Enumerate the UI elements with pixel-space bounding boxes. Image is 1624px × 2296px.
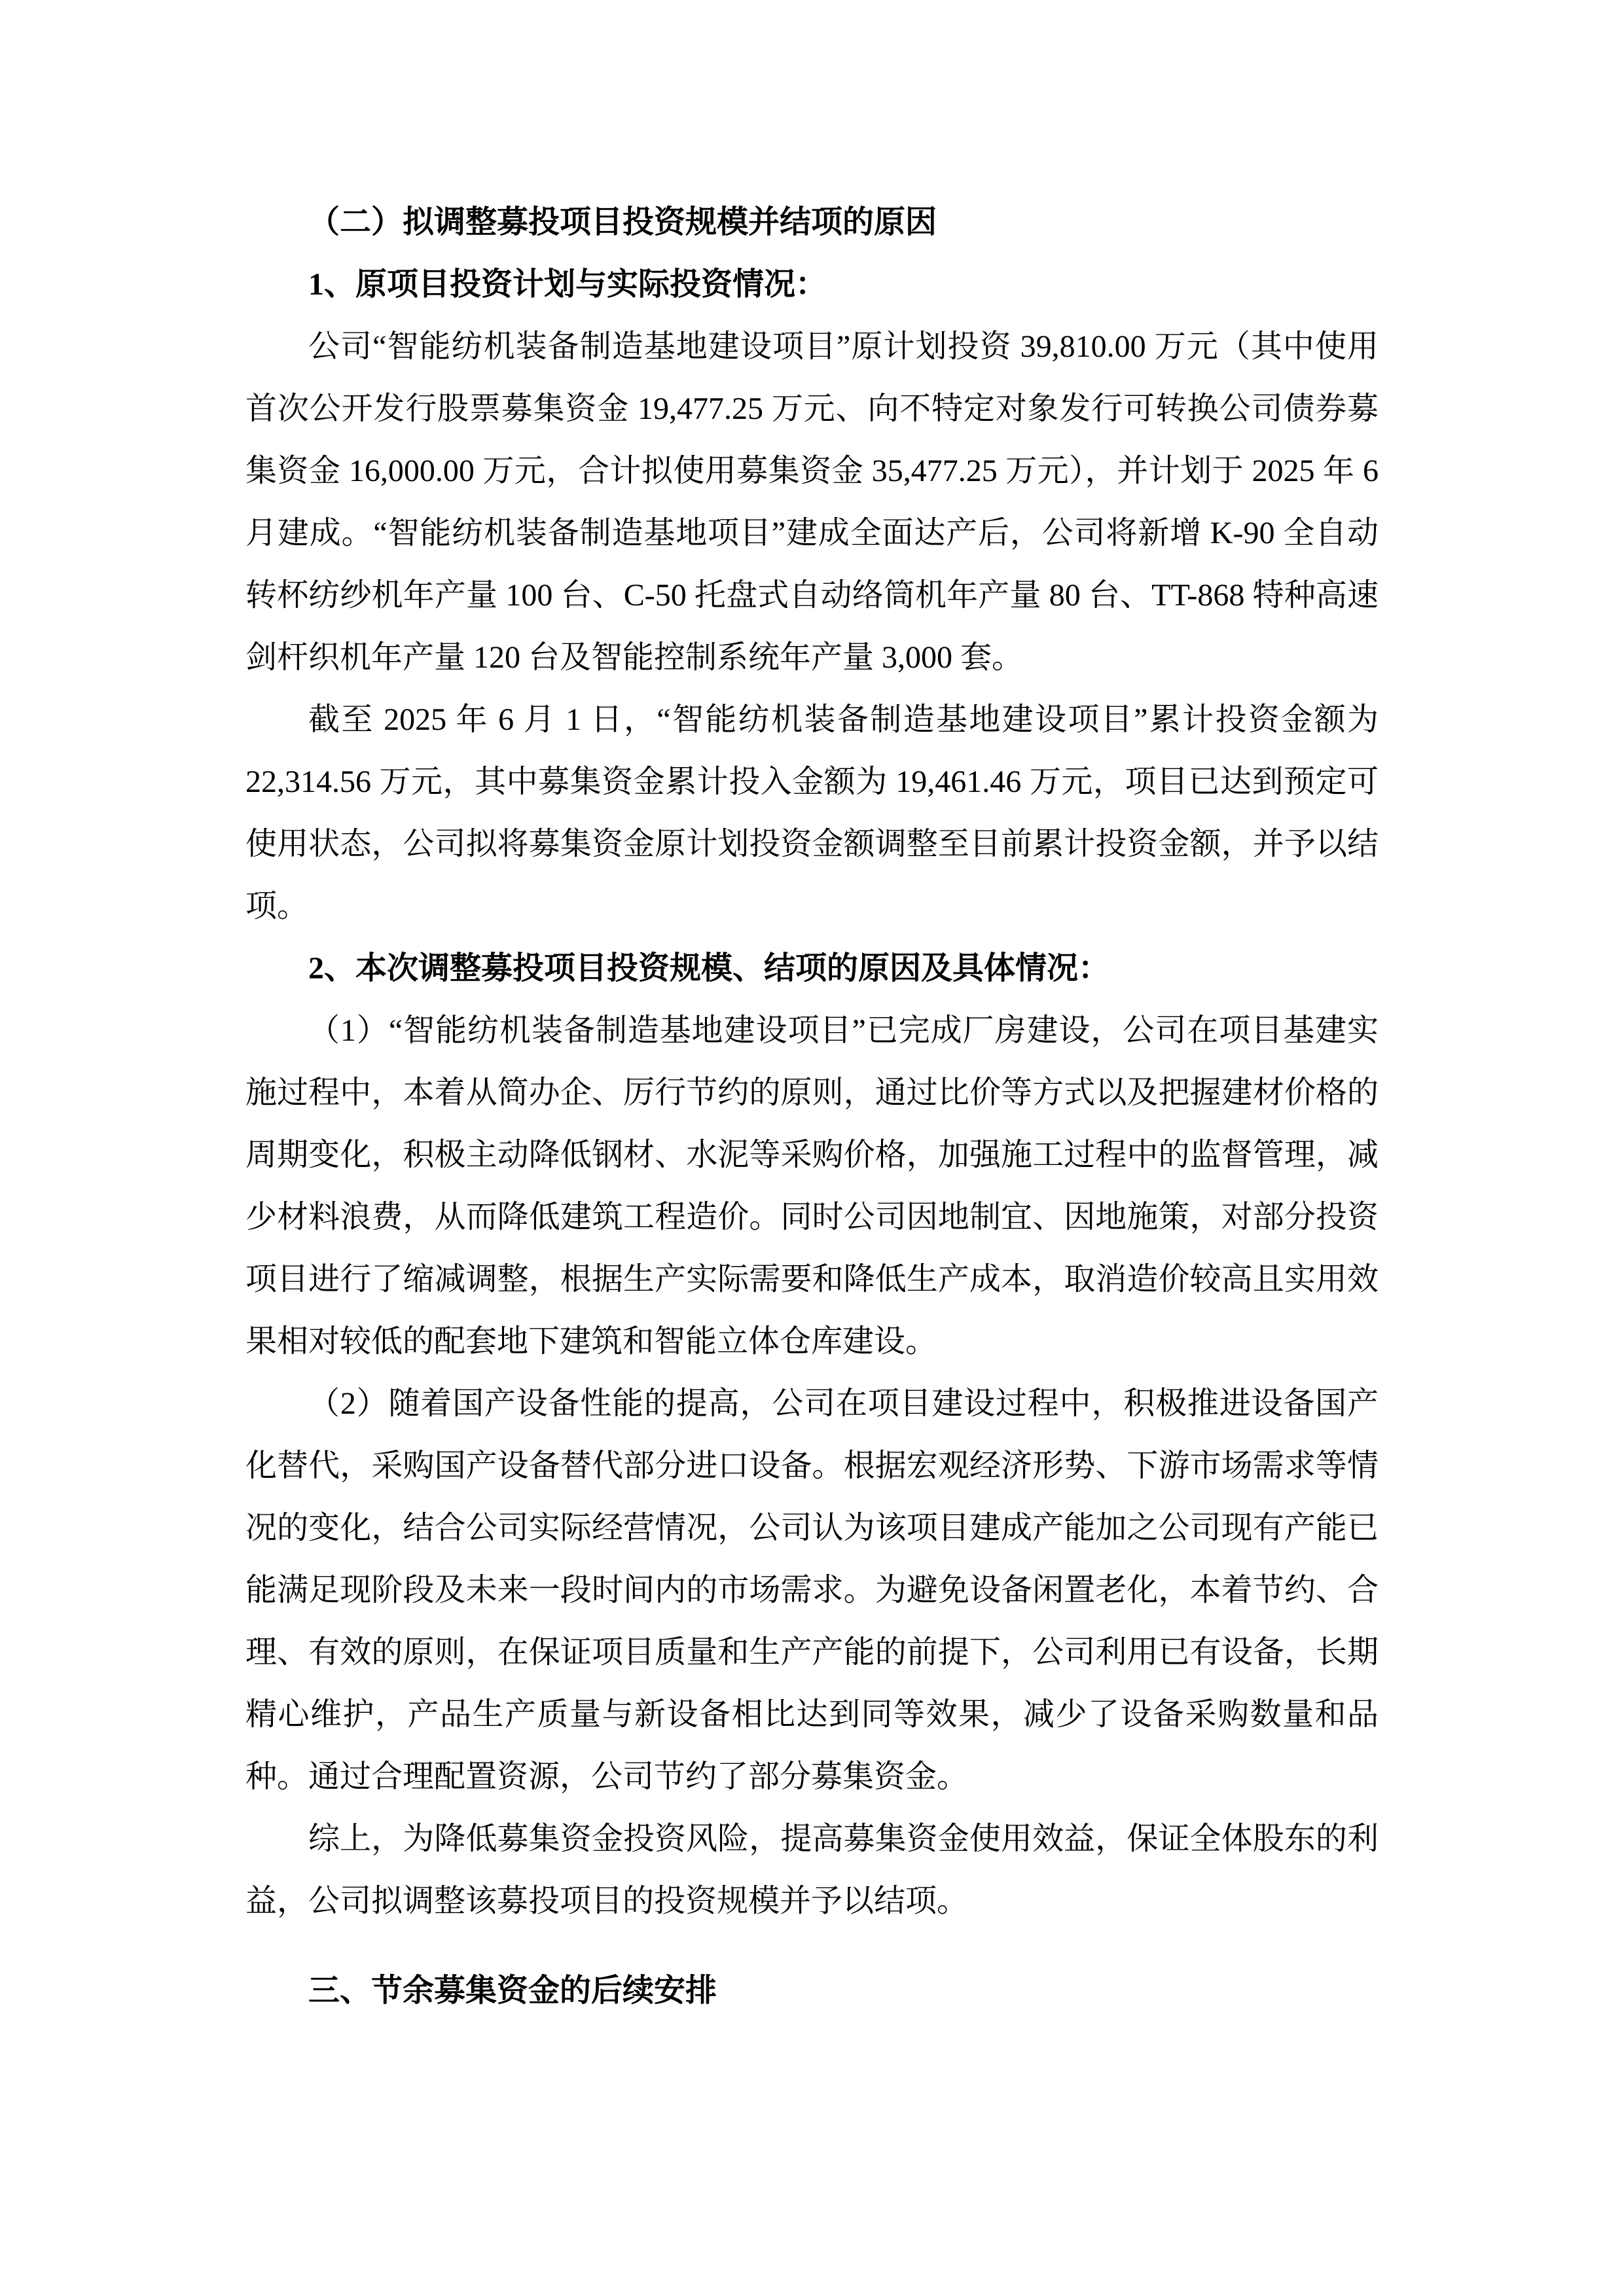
paragraph-summary-conclusion: 综上，为降低募集资金投资风险，提高募集资金使用效益，保证全体股东的利益，公司拟调…: [245, 1808, 1379, 1932]
paragraph-reason-2-domestic-equipment: （2）随着国产设备性能的提高，公司在项目建设过程中，积极推进设备国产化替代，采购…: [245, 1372, 1379, 1808]
paragraph-original-plan-details: 公司“智能纺机装备制造基地建设项目”原计划投资 39,810.00 万元（其中使…: [245, 315, 1379, 689]
heading-original-investment-plan: 1、原项目投资计划与实际投资情况：: [245, 253, 1379, 315]
paragraph-investment-progress: 截至 2025 年 6 月 1 日，“智能纺机装备制造基地建设项目”累计投资金额…: [245, 689, 1379, 937]
paragraph-reason-1-construction-savings: （1）“智能纺机装备制造基地建设项目”已完成厂房建设，公司在项目基建实施过程中，…: [245, 999, 1379, 1372]
heading-adjust-scale-reason-section: （二）拟调整募投项目投资规模并结项的原因: [245, 191, 1379, 253]
heading-surplus-funds-arrangement: 三、节余募集资金的后续安排: [245, 1960, 1379, 2022]
document-page: （二）拟调整募投项目投资规模并结项的原因 1、原项目投资计划与实际投资情况： 公…: [245, 191, 1379, 2022]
heading-adjustment-reason-details: 2、本次调整募投项目投资规模、结项的原因及具体情况：: [245, 937, 1379, 999]
